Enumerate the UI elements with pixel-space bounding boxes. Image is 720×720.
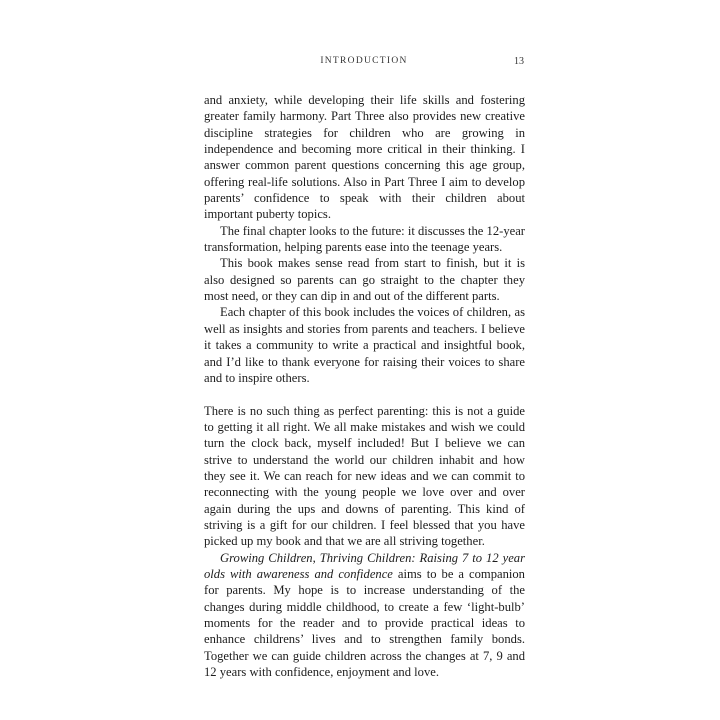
paragraph-book-aim: Growing Children, Thriving Children: Rai… <box>204 550 525 681</box>
paragraph-how-to-read: This book makes sense read from start to… <box>204 255 525 304</box>
page-number: 13 <box>514 56 524 67</box>
paragraph-book-aim-text: aims to be a companion for parents. My h… <box>204 567 525 679</box>
paragraph-voices: Each chapter of this book includes the v… <box>204 304 525 386</box>
paragraph-final-chapter: The final chapter looks to the future: i… <box>204 223 525 256</box>
body-text: and anxiety, while developing their life… <box>204 92 525 680</box>
paragraph-perfect-parenting: There is no such thing as perfect parent… <box>204 403 525 550</box>
paragraph-continuation: and anxiety, while developing their life… <box>204 92 525 223</box>
chapter-title: Introduction <box>204 56 524 66</box>
running-head: Introduction 13 <box>204 56 524 70</box>
book-page: Introduction 13 and anxiety, while devel… <box>0 0 720 720</box>
